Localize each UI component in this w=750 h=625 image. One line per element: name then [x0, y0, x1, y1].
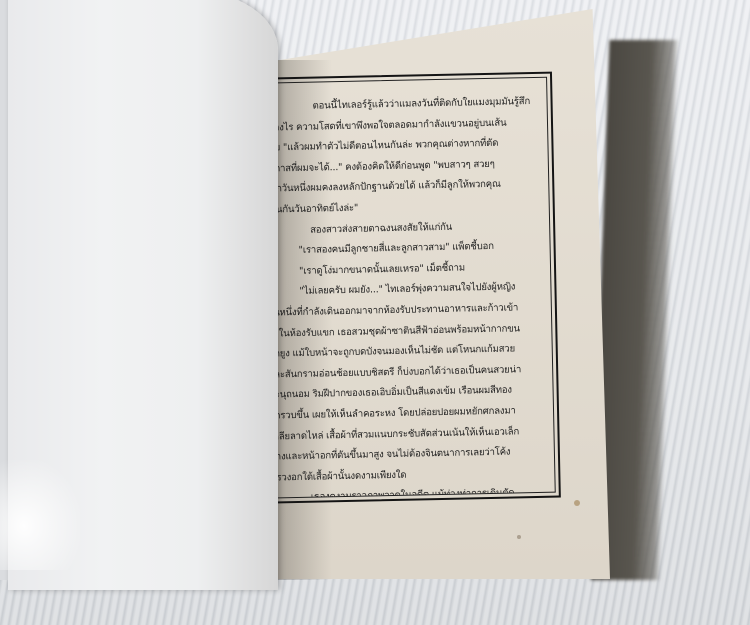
foxing-spot: [574, 500, 580, 506]
text-border-frame: ตอนนี้ไทเลอร์รู้แล้วว่าแมลงวันที่ติดกับใ…: [246, 72, 561, 504]
glare-reflection: [0, 460, 80, 570]
page-text-block: ตอนนี้ไทเลอร์รู้แล้วว่าแมลงวันที่ติดกับใ…: [251, 77, 556, 499]
foxing-spot: [517, 535, 521, 539]
